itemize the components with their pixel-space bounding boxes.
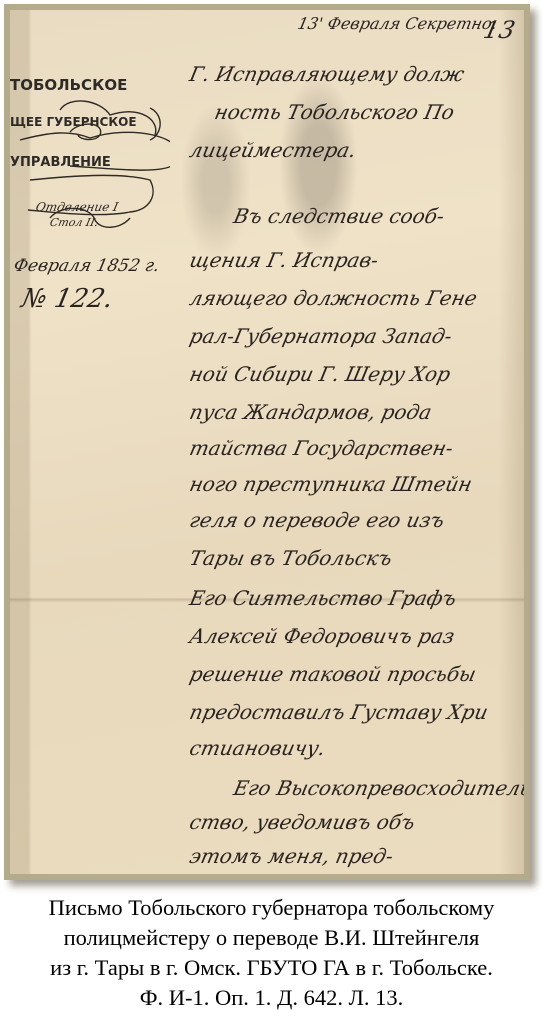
letter-line: щения Г. Исправ- (187, 248, 380, 272)
margin-note-number: № 122. (19, 284, 116, 314)
letter-line: ной Сибири Г. Шеру Хор (187, 362, 452, 386)
margin-note-department: Отделение I (35, 200, 120, 214)
letter-line: Г. Исправляющему долж (187, 62, 466, 86)
caption-line: из г. Тары в г. Омск. ГБУТО ГА в г. Тобо… (0, 953, 543, 983)
letter-line: Его Высокопревосходитель (231, 776, 524, 800)
letter-line: пуса Жандармов, рода (187, 400, 433, 424)
caption-line: Письмо Тобольского губернатора тобольско… (0, 893, 543, 923)
letter-line: Тары въ Тобольскъ (187, 546, 394, 570)
letter-line: Алексей Федоровичъ раз (187, 624, 456, 648)
image-caption: Письмо Тобольского губернатора тобольско… (0, 893, 543, 1013)
letter-line: предоставилъ Густаву Хри (187, 700, 490, 724)
folio-number: 13 (481, 16, 517, 44)
top-date-note: 13' Февраля Секретно. (296, 14, 499, 33)
letter-line: этомъ меня, пред- (187, 844, 395, 868)
letter-line: ство, уведомивъ объ (187, 810, 417, 834)
margin-note-desk: Стол II. (49, 216, 100, 229)
document-frame: ТОБОЛЬСКОЕ ЩЕЕ ГУБЕРНСКОЕ УПРАВЛЕНИЕ Отд… (4, 4, 530, 880)
archival-letter-image: ТОБОЛЬСКОЕ ЩЕЕ ГУБЕРНСКОЕ УПРАВЛЕНИЕ Отд… (10, 10, 524, 874)
letter-line: Его Сиятельство Графъ (187, 586, 458, 610)
caption-line: полицмейстеру о переводе В.И. Штейнгеля (0, 923, 543, 953)
letter-line: Въ следствие сооб- (231, 204, 446, 228)
stamp-line-2: ЩЕЕ ГУБЕРНСКОЕ (10, 115, 137, 129)
stamp-line-3: УПРАВЛЕНИЕ (10, 155, 111, 170)
letter-line: решение таковой просьбы (187, 662, 478, 686)
letter-line: лицейместера. (187, 138, 358, 162)
stamp-line-1: ТОБОЛЬСКОЕ (10, 76, 127, 94)
letter-line: ность Тобольского По (212, 100, 456, 124)
letter-line: ляющего должность Гене (187, 286, 479, 310)
letter-line: тайства Государствен- (187, 436, 455, 460)
margin-note-date: Февраля 1852 г. (12, 256, 161, 276)
caption-line: Ф. И-1. Оп. 1. Д. 642. Л. 13. (0, 983, 543, 1013)
letter-line: ного преступника Штейн (187, 472, 474, 496)
letter-line: геля о переводе его изъ (187, 508, 446, 532)
letter-line: рал-Губернатора Запад- (187, 324, 454, 348)
letter-line: стиановичу. (187, 736, 327, 760)
